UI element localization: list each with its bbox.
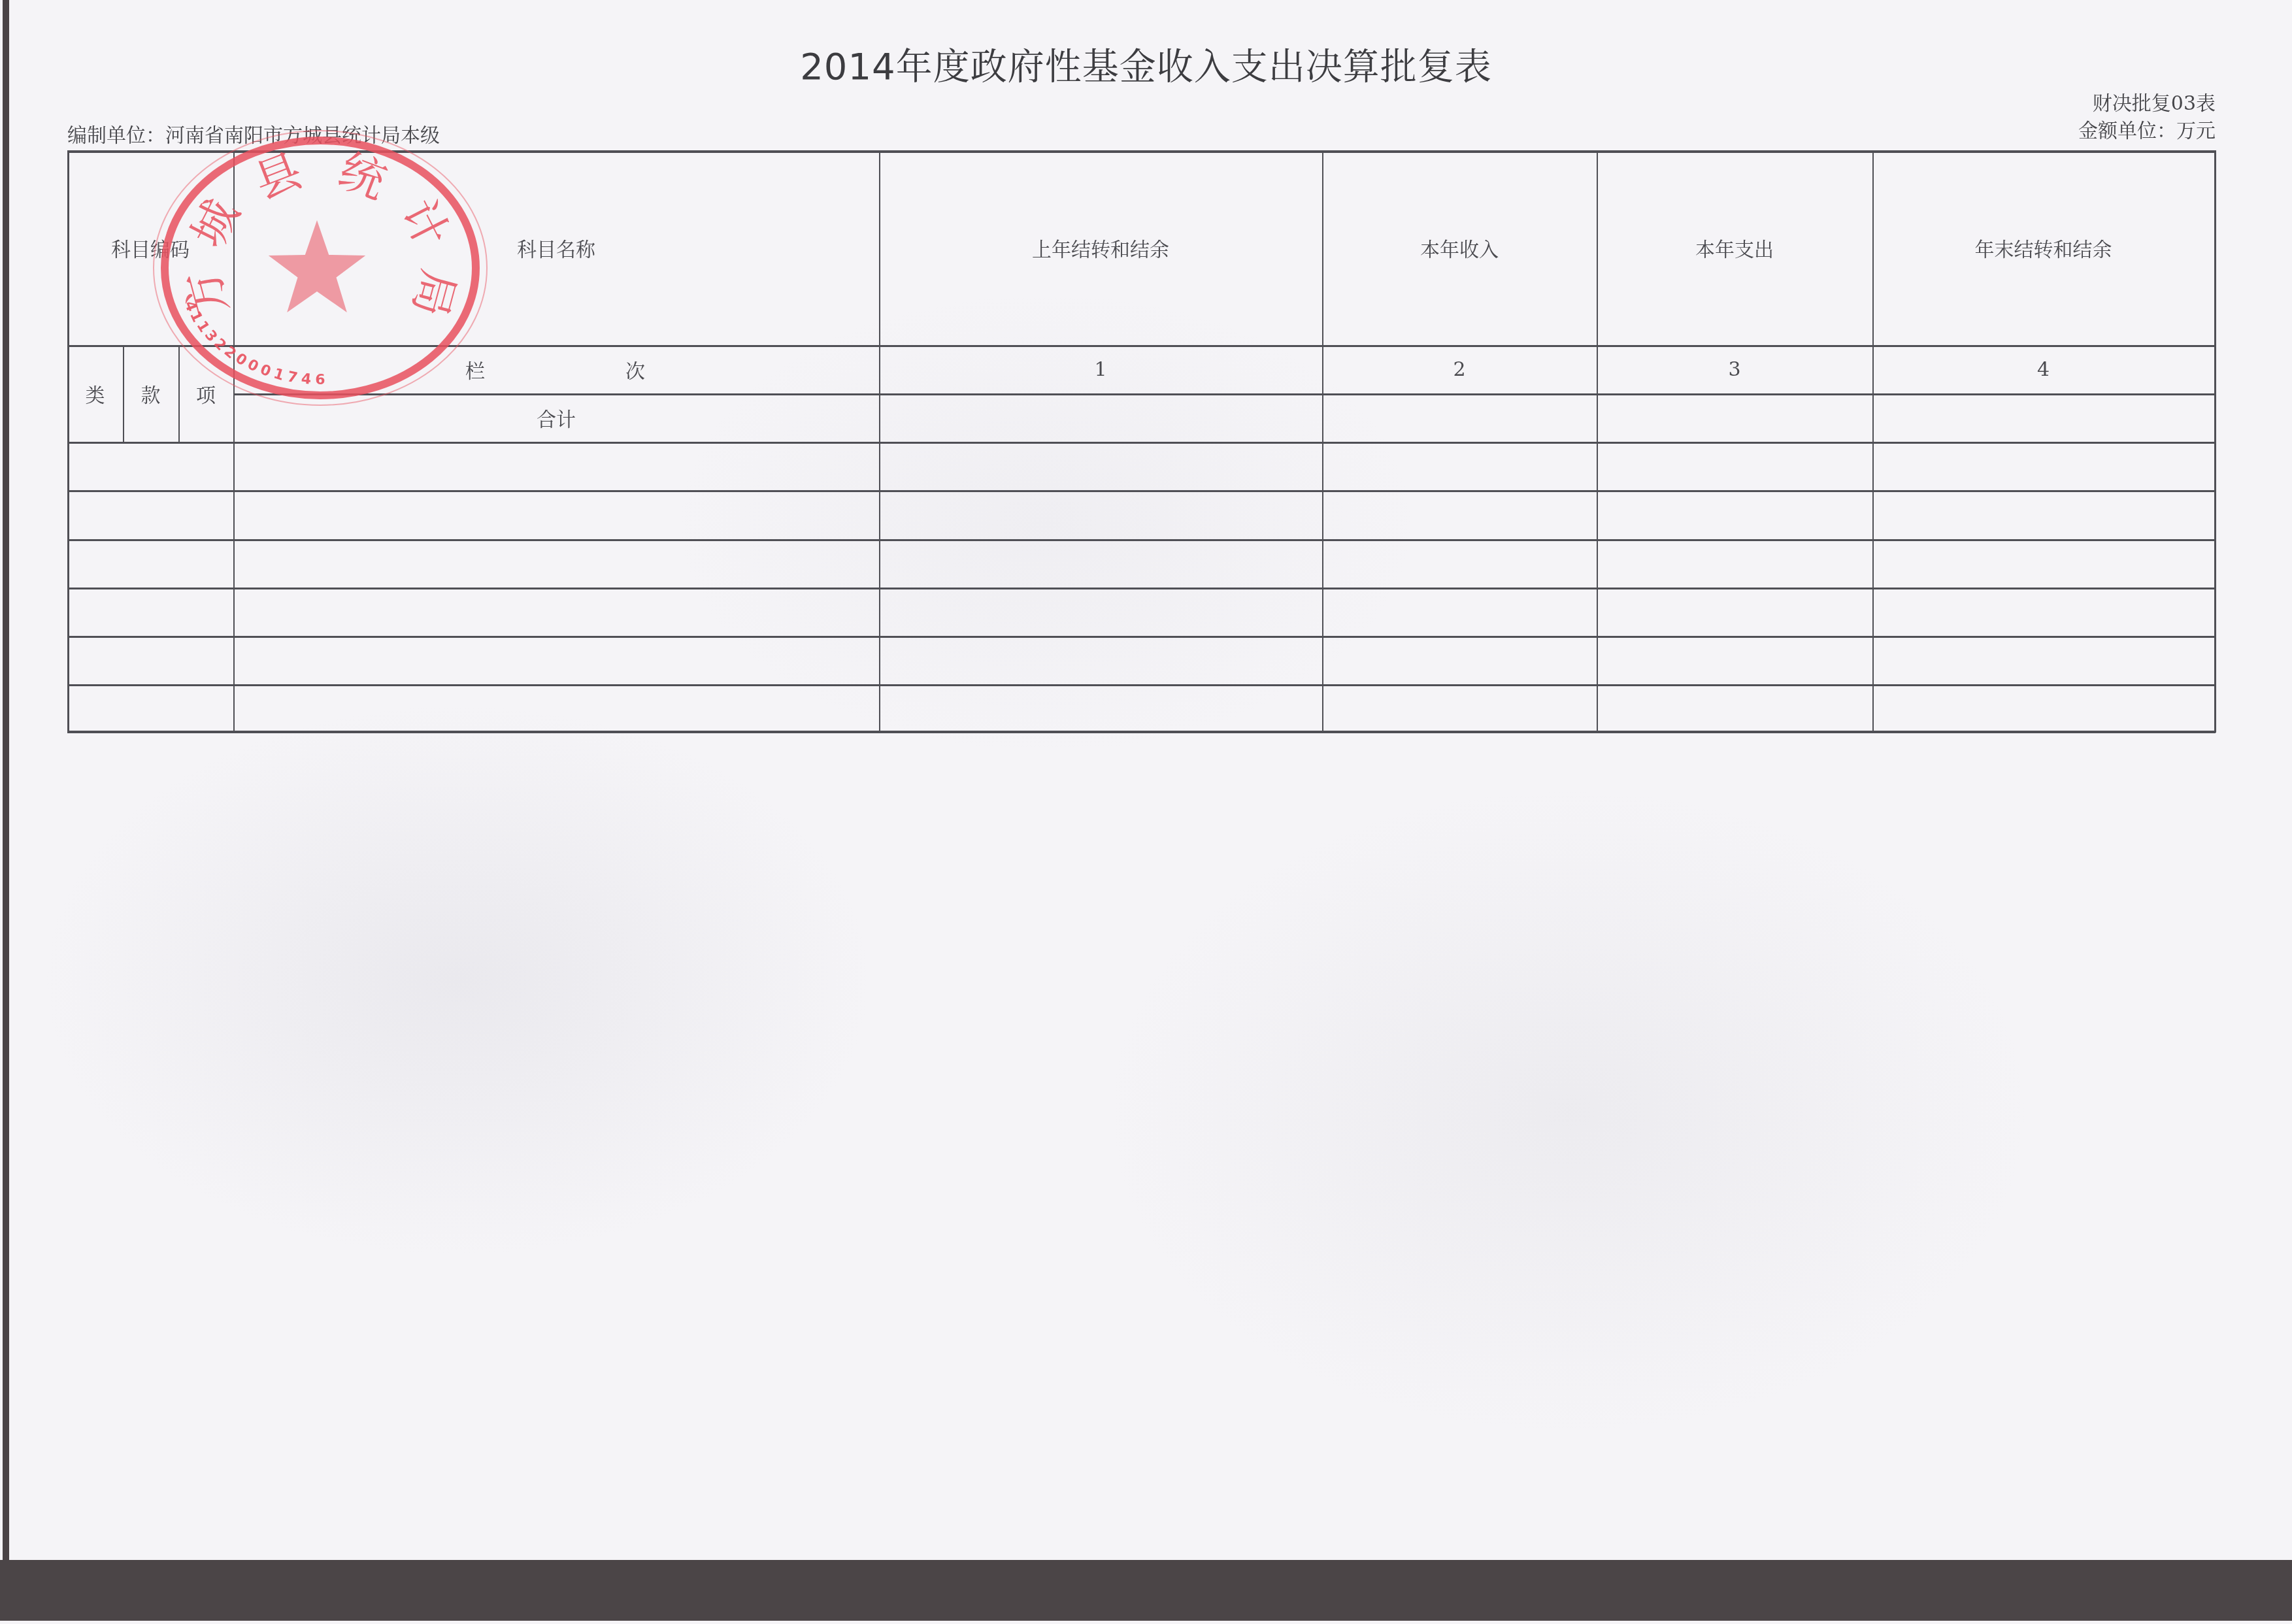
row-name: 合计: [537, 403, 576, 432]
header-divider: [67, 345, 2216, 347]
header-subject-code: 科目编码: [111, 233, 190, 262]
prepared-by: 编制单位：河南省南阳市方城县统计局本级: [67, 119, 440, 148]
row-divider: [67, 539, 2216, 541]
column-number-4: 4: [2037, 358, 2050, 381]
form-meta: 财决批复03表 金额单位：万元: [2078, 90, 2216, 145]
header-column-2: 本年收入: [1420, 233, 1499, 262]
code-sub-divider: [123, 345, 124, 442]
amount-unit: 金额单位：万元: [2078, 118, 2216, 145]
column-number-3: 3: [1728, 358, 1740, 381]
column-number-2: 2: [1453, 358, 1465, 381]
header-code-sub-1: 类: [86, 379, 105, 408]
code-sub-divider: [178, 345, 180, 442]
scan-left-edge: [3, 0, 9, 1562]
header-code-sub-2: 款: [141, 379, 161, 408]
column-divider: [1322, 150, 1323, 731]
form-code: 财决批复03表: [2078, 90, 2216, 118]
header-subject-name: 科目名称: [517, 233, 595, 262]
header-column-3: 本年支出: [1695, 233, 1774, 262]
table-border-bottom: [67, 731, 2216, 733]
column-divider: [1597, 150, 1598, 731]
column-number-1: 1: [1094, 358, 1106, 381]
column-index-label-left: 栏: [465, 355, 485, 384]
scan-bottom-edge: [0, 1560, 2292, 1621]
row-divider: [67, 636, 2216, 638]
row-divider: [67, 490, 2216, 492]
header-column-1: 上年结转和结余: [1032, 233, 1169, 262]
row-divider: [67, 442, 2216, 444]
header-column-4: 年末结转和结余: [1975, 233, 2112, 262]
row-divider: [67, 684, 2216, 686]
column-divider: [233, 150, 235, 731]
column-index-label-right: 次: [625, 355, 645, 384]
approval-table: 科目编码科目名称上年结转和结余本年收入本年支出年末结转和结余类款项栏次1234合…: [67, 150, 2216, 733]
row-divider: [67, 588, 2216, 589]
table-border-top: [67, 150, 2216, 153]
column-index-divider: [233, 393, 2216, 395]
column-divider: [879, 150, 880, 731]
header-code-sub-3: 项: [196, 379, 216, 408]
document-title: 2014年度政府性基金收入支出决算批复表: [0, 38, 2292, 90]
column-divider: [1872, 150, 1874, 731]
